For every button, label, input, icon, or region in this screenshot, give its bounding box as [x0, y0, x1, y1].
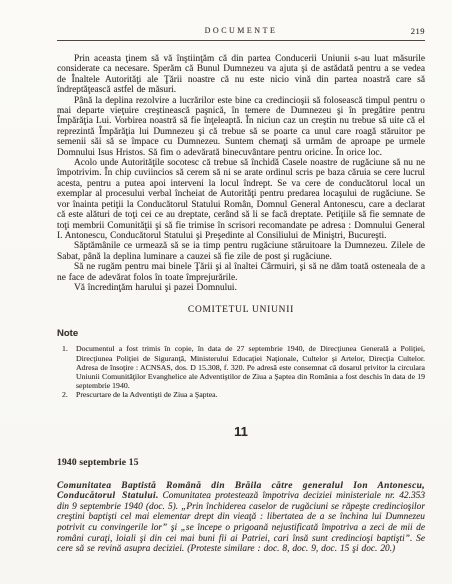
document-number-heading: 11 — [57, 424, 425, 439]
page-header: DOCUMENTE 219 — [57, 26, 425, 37]
notes-section: Note 1. Documentul a fost trimis în copi… — [57, 328, 425, 399]
paragraph: Prin aceasta ţinem să vă înştiinţăm că d… — [57, 54, 425, 96]
next-document-section: 11 1940 septembrie 15 Comunitatea Baptis… — [57, 424, 425, 555]
paragraph: Săptămânile ce urmează să se ia timp pen… — [57, 241, 425, 262]
notes-heading: Note — [57, 328, 425, 339]
note-item: 2. Prescurtare de la Adventişti de Ziua … — [62, 390, 425, 399]
signature: COMITETUL UNIUNII — [57, 305, 425, 315]
running-head-title: DOCUMENTE — [57, 26, 425, 35]
header-rule — [57, 40, 425, 41]
notes-list: 1. Documentul a fost trimis în copie, în… — [57, 344, 425, 399]
paragraph: Acolo unde Autorităţile socotesc că treb… — [57, 158, 425, 241]
document-summary: Comunitatea Baptistă Română din Brăila c… — [57, 481, 425, 555]
note-number: 1. — [62, 344, 76, 390]
page-number: 219 — [411, 26, 425, 36]
paragraph: Până la deplina rezolvire a lucrărilor e… — [57, 96, 425, 158]
note-item: 1. Documentul a fost trimis în copie, în… — [62, 344, 425, 390]
note-number: 2. — [62, 390, 76, 399]
document-text: Prin aceasta ţinem să vă înştiinţăm că d… — [57, 54, 425, 315]
scanned-book-page: DOCUMENTE 219 Prin aceasta ţinem să vă î… — [0, 0, 452, 584]
note-text: Prescurtare de la Adventişti de Ziua a Ş… — [76, 390, 425, 399]
paragraph: Vă încredinţăm harului şi pazei Domnului… — [57, 283, 425, 293]
note-text: Documentul a fost trimis în copie, în da… — [76, 344, 425, 390]
document-date-heading: 1940 septembrie 15 — [57, 458, 425, 468]
paragraph: Să ne rugăm pentru mai binele Ţării şi a… — [57, 262, 425, 283]
